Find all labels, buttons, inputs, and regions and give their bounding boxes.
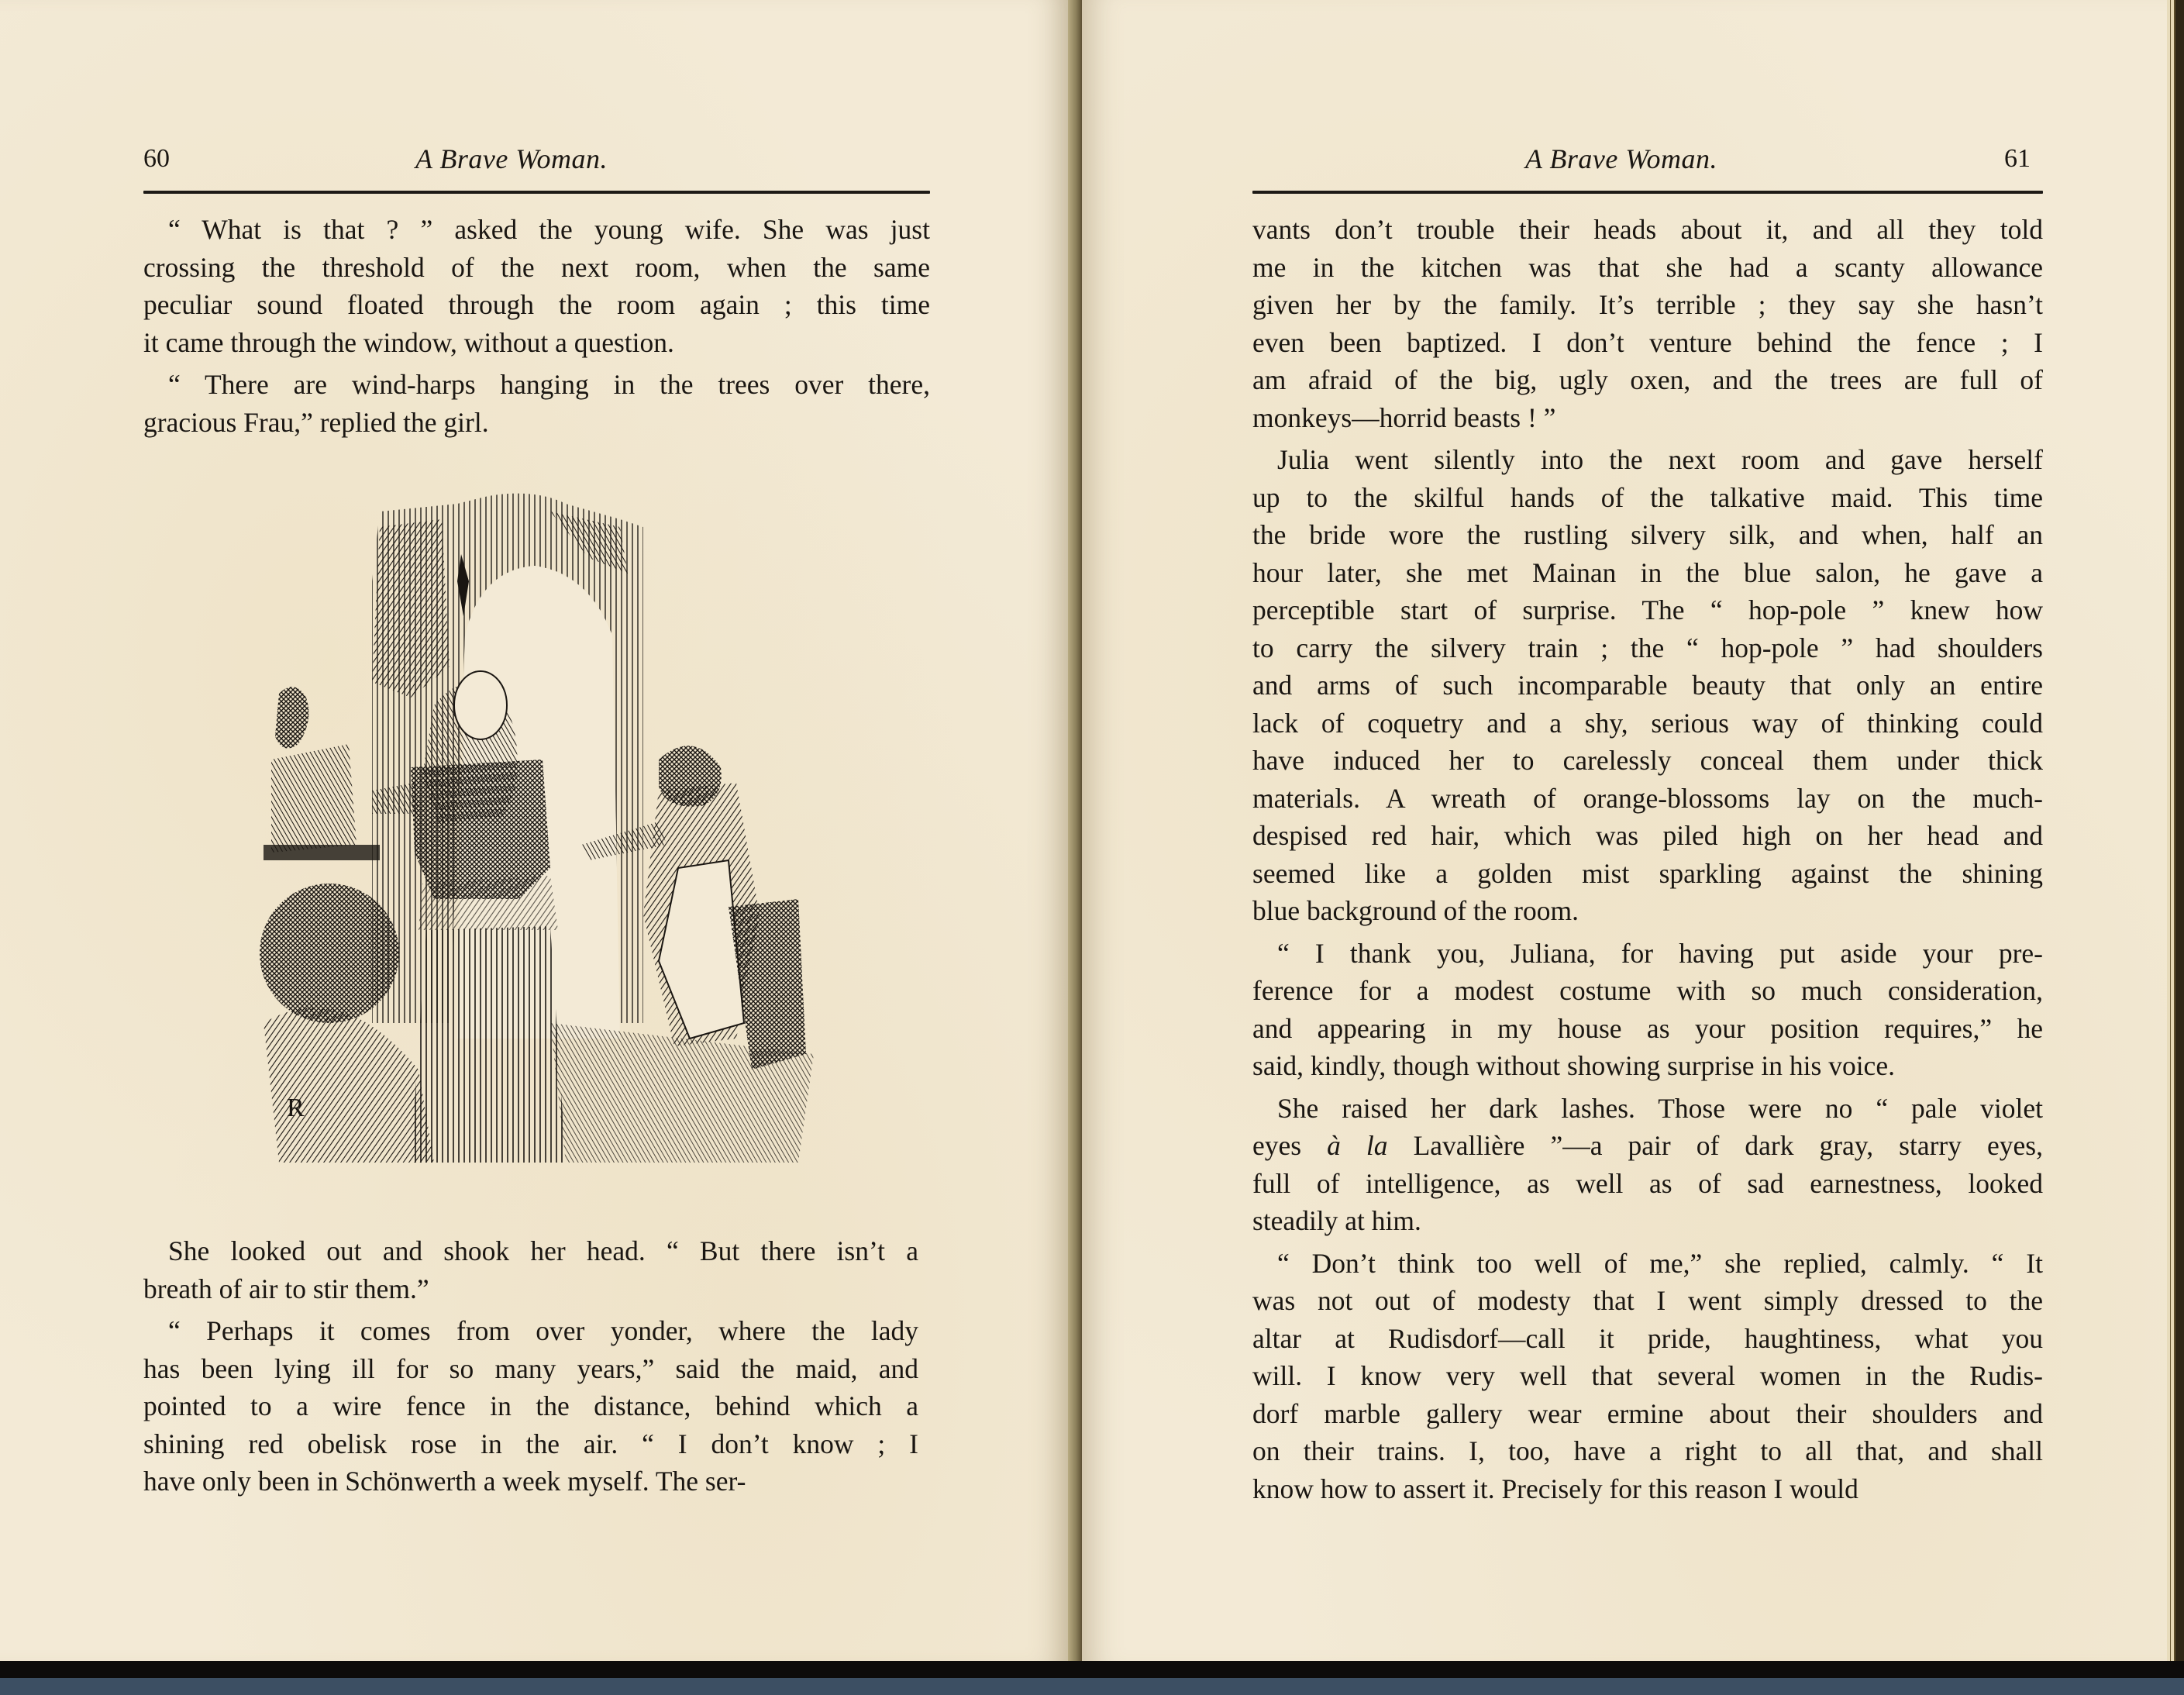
text-line: up to the skilful hands of the talkative…: [1252, 479, 2043, 517]
text-line: said, kindly, though without showing sur…: [1252, 1047, 2043, 1085]
text-line: have only been in Schönwerth a week myse…: [143, 1462, 918, 1500]
text-line: seemed like a golden mist sparkling agai…: [1252, 855, 2043, 893]
text-line: She looked out and shook her head. “ But…: [143, 1232, 918, 1270]
running-title-left: A Brave Woman.: [415, 136, 608, 182]
paragraph: “ There are wind-harps hanging in the tr…: [143, 366, 930, 441]
paragraph: Julia went silently into the next room a…: [1252, 441, 2043, 930]
text-line: shining red obelisk rose in the air. “ I…: [143, 1425, 918, 1463]
text-line: and appearing in my house as your positi…: [1252, 1010, 2043, 1048]
text-line: on their trains. I, too, have a right to…: [1252, 1432, 2043, 1470]
left-page: 60 A Brave Woman. “ What is that ? ” ask…: [0, 0, 1070, 1661]
left-running-head: 60 A Brave Woman.: [0, 136, 1070, 182]
text-line: “ Perhaps it comes from over yonder, whe…: [143, 1312, 918, 1350]
book-gutter: [1068, 0, 1082, 1661]
text-line: blue background of the room.: [1252, 892, 2043, 930]
text-line: given her by the family. It’s terrible ;…: [1252, 286, 2043, 324]
engraving-illustration: R: [256, 481, 814, 1201]
page-number-left: 60: [143, 136, 170, 182]
text-line: have induced her to carelessly conceal t…: [1252, 742, 2043, 780]
text-line: the bride wore the rustling silvery silk…: [1252, 516, 2043, 554]
text-line: and arms of such incomparable beauty tha…: [1252, 667, 2043, 705]
text-line: “ Don’t think too well of me,” she repli…: [1252, 1245, 2043, 1283]
text-line: it came through the window, without a qu…: [143, 324, 930, 362]
right-running-head: A Brave Woman. 61: [1082, 136, 2170, 182]
text-line: gracious Frau,” replied the girl.: [143, 404, 930, 442]
text-line: ference for a modest costume with so muc…: [1252, 972, 2043, 1010]
text-line: full of intelligence, as well as of sad …: [1252, 1165, 2043, 1203]
text-line: “ There are wind-harps hanging in the tr…: [143, 366, 930, 404]
text-line: despised red hair, which was piled high …: [1252, 817, 2043, 855]
text-line: materials. A wreath of orange-blossoms l…: [1252, 780, 2043, 818]
paragraph: She raised her dark lashes. Those were n…: [1252, 1090, 2043, 1240]
text-line: vants don’t trouble their heads about it…: [1252, 211, 2043, 249]
header-rule-right: [1252, 191, 2043, 194]
paragraph: “ Don’t think too well of me,” she repli…: [1252, 1245, 2043, 1508]
text-line: eyes à la Lavallière ”—a pair of dark gr…: [1252, 1127, 2043, 1165]
artist-signature: R: [287, 1094, 305, 1122]
text-line: pointed to a wire fence in the distance,…: [143, 1387, 918, 1425]
text-line: peculiar sound floated through the room …: [143, 286, 930, 324]
page-edges: [2167, 0, 2184, 1661]
text-line: “ What is that ? ” asked the young wife.…: [143, 211, 930, 249]
text-line: lack of coquetry and a shy, serious way …: [1252, 705, 2043, 742]
paragraph: “ What is that ? ” asked the young wife.…: [143, 211, 930, 361]
header-rule-left: [143, 191, 930, 194]
text-line: altar at Rudisdorf—call it pride, haught…: [1252, 1320, 2043, 1358]
paragraph: “ Perhaps it comes from over yonder, whe…: [143, 1312, 918, 1500]
text-line: know how to assert it. Precisely for thi…: [1252, 1470, 2043, 1508]
text-line: She raised her dark lashes. Those were n…: [1252, 1090, 2043, 1128]
text-line: crossing the threshold of the next room,…: [143, 249, 930, 287]
page-number-right: 61: [2004, 136, 2031, 182]
text-line: me in the kitchen was that she had a sca…: [1252, 249, 2043, 287]
text-line: has been lying ill for so many years,” s…: [143, 1350, 918, 1388]
text-line: steadily at him.: [1252, 1202, 2043, 1240]
right-page: A Brave Woman. 61 vants don’t trouble th…: [1082, 0, 2170, 1661]
text-line: was not out of modesty that I went simpl…: [1252, 1282, 2043, 1320]
cover-edge: [0, 1661, 2184, 1678]
running-title-right: A Brave Woman.: [1525, 136, 1717, 182]
paragraph: “ I thank you, Juliana, for having put a…: [1252, 935, 2043, 1085]
text-line: hour later, she met Mainan in the blue s…: [1252, 554, 2043, 592]
text-line: even been baptized. I don’t venture behi…: [1252, 324, 2043, 362]
text-line: perceptible start of surprise. The “ hop…: [1252, 591, 2043, 629]
text-line: will. I know very well that several wome…: [1252, 1357, 2043, 1395]
engraving-image: R: [256, 481, 814, 1201]
text-line: am afraid of the big, ugly oxen, and the…: [1252, 361, 2043, 399]
text-line: Julia went silently into the next room a…: [1252, 441, 2043, 479]
left-text-bottom: She looked out and shook her head. “ But…: [143, 1232, 918, 1500]
text-line: breath of air to stir them.”: [143, 1270, 918, 1308]
left-text-top: “ What is that ? ” asked the young wife.…: [143, 211, 930, 441]
right-text-body: vants don’t trouble their heads about it…: [1252, 211, 2043, 1507]
paragraph: vants don’t trouble their heads about it…: [1252, 211, 2043, 436]
text-line: dorf marble gallery wear ermine about th…: [1252, 1395, 2043, 1433]
text-line: “ I thank you, Juliana, for having put a…: [1252, 935, 2043, 973]
paragraph: She looked out and shook her head. “ But…: [143, 1232, 918, 1307]
text-line: to carry the silvery train ; the “ hop-p…: [1252, 629, 2043, 667]
text-line: monkeys—horrid beasts ! ”: [1252, 399, 2043, 437]
